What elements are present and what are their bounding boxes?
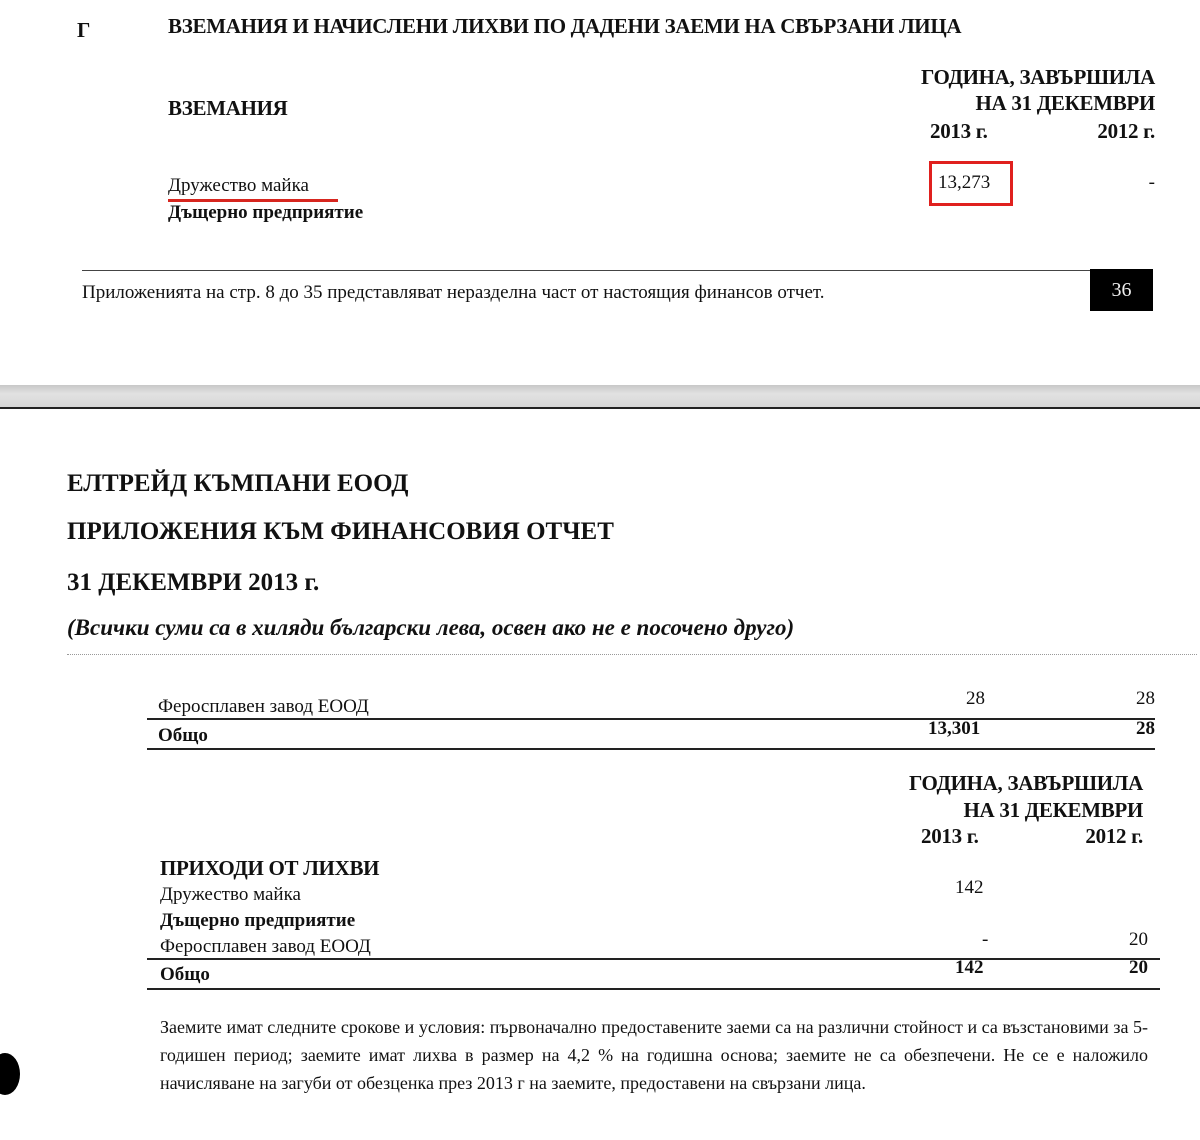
document-title: ПРИЛОЖЕНИЯ КЪМ ФИНАНСОВИЯ ОТЧЕТ	[67, 518, 614, 546]
row-label-ferroalloy: Феросплавен завод ЕООД	[158, 696, 369, 718]
currency-note: (Всички суми са в хиляди български лева,…	[67, 615, 794, 641]
section-letter: Г	[77, 18, 90, 43]
column-year-2013: 2013 г.	[930, 119, 988, 144]
column-header-line1: ГОДИНА, ЗАВЪРШИЛА	[909, 771, 1143, 796]
income-label-subsidiary: Дъщерно предприятие	[160, 910, 355, 932]
income-parent-2013: 142	[955, 877, 984, 899]
footer-rule	[82, 270, 1090, 271]
footer-note: Приложенията на стр. 8 до 35 представляв…	[82, 282, 825, 304]
loan-terms-paragraph: Заемите имат следните срокове и условия:…	[160, 1013, 1148, 1097]
income-total-2013: 142	[955, 957, 984, 979]
value-ferroalloy-2013: 28	[960, 688, 985, 710]
value-total-2012: 28	[1136, 718, 1155, 740]
section-title: ВЗЕМАНИЯ И НАЧИСЛЕНИ ЛИХВИ ПО ДАДЕНИ ЗАЕ…	[168, 14, 961, 39]
row-label-subsidiary: Дъщерно предприятие	[168, 202, 363, 224]
column-year-2013: 2013 г.	[921, 824, 979, 849]
scan-artifact-dot	[0, 1053, 20, 1095]
income-label-ferroalloy: Феросплавен завод ЕООД	[160, 936, 371, 958]
header-rule	[67, 654, 1197, 655]
row-label-total: Общо	[158, 725, 208, 747]
column-year-2012: 2012 г.	[1085, 824, 1143, 849]
table-rule	[147, 958, 1160, 960]
column-year-2012: 2012 г.	[1097, 119, 1155, 144]
income-label-total: Общо	[160, 964, 210, 986]
highlight-box	[929, 161, 1013, 206]
company-name: ЕЛТРЕЙД КЪМПАНИ ЕООД	[67, 470, 409, 498]
interest-income-heading: ПРИХОДИ ОТ ЛИХВИ	[160, 856, 379, 881]
page-divider	[0, 385, 1200, 409]
table-rule	[147, 718, 1155, 720]
value-total-2013: 13,301	[928, 718, 980, 740]
column-header-line2: НА 31 ДЕКЕМВРИ	[964, 798, 1143, 823]
row-label-parent: Дружество майка	[168, 175, 309, 197]
column-header-line1: ГОДИНА, ЗАВЪРШИЛА	[921, 65, 1155, 90]
report-date: 31 ДЕКЕМВРИ 2013 г.	[67, 569, 319, 597]
income-total-2012: 20	[1129, 957, 1148, 979]
receivables-subheading: ВЗЕМАНИЯ	[168, 96, 288, 121]
income-ferroalloy-2013: -	[982, 929, 988, 951]
table-rule	[147, 988, 1160, 990]
column-header-line2: НА 31 ДЕКЕМВРИ	[976, 91, 1155, 116]
value-ferroalloy-2012: 28	[1136, 688, 1155, 710]
table-rule	[147, 748, 1155, 750]
income-ferroalloy-2012: 20	[1129, 929, 1148, 951]
income-label-parent: Дружество майка	[160, 884, 301, 906]
page-number: 36	[1090, 269, 1153, 311]
value-parent-2012: -	[1149, 172, 1155, 194]
